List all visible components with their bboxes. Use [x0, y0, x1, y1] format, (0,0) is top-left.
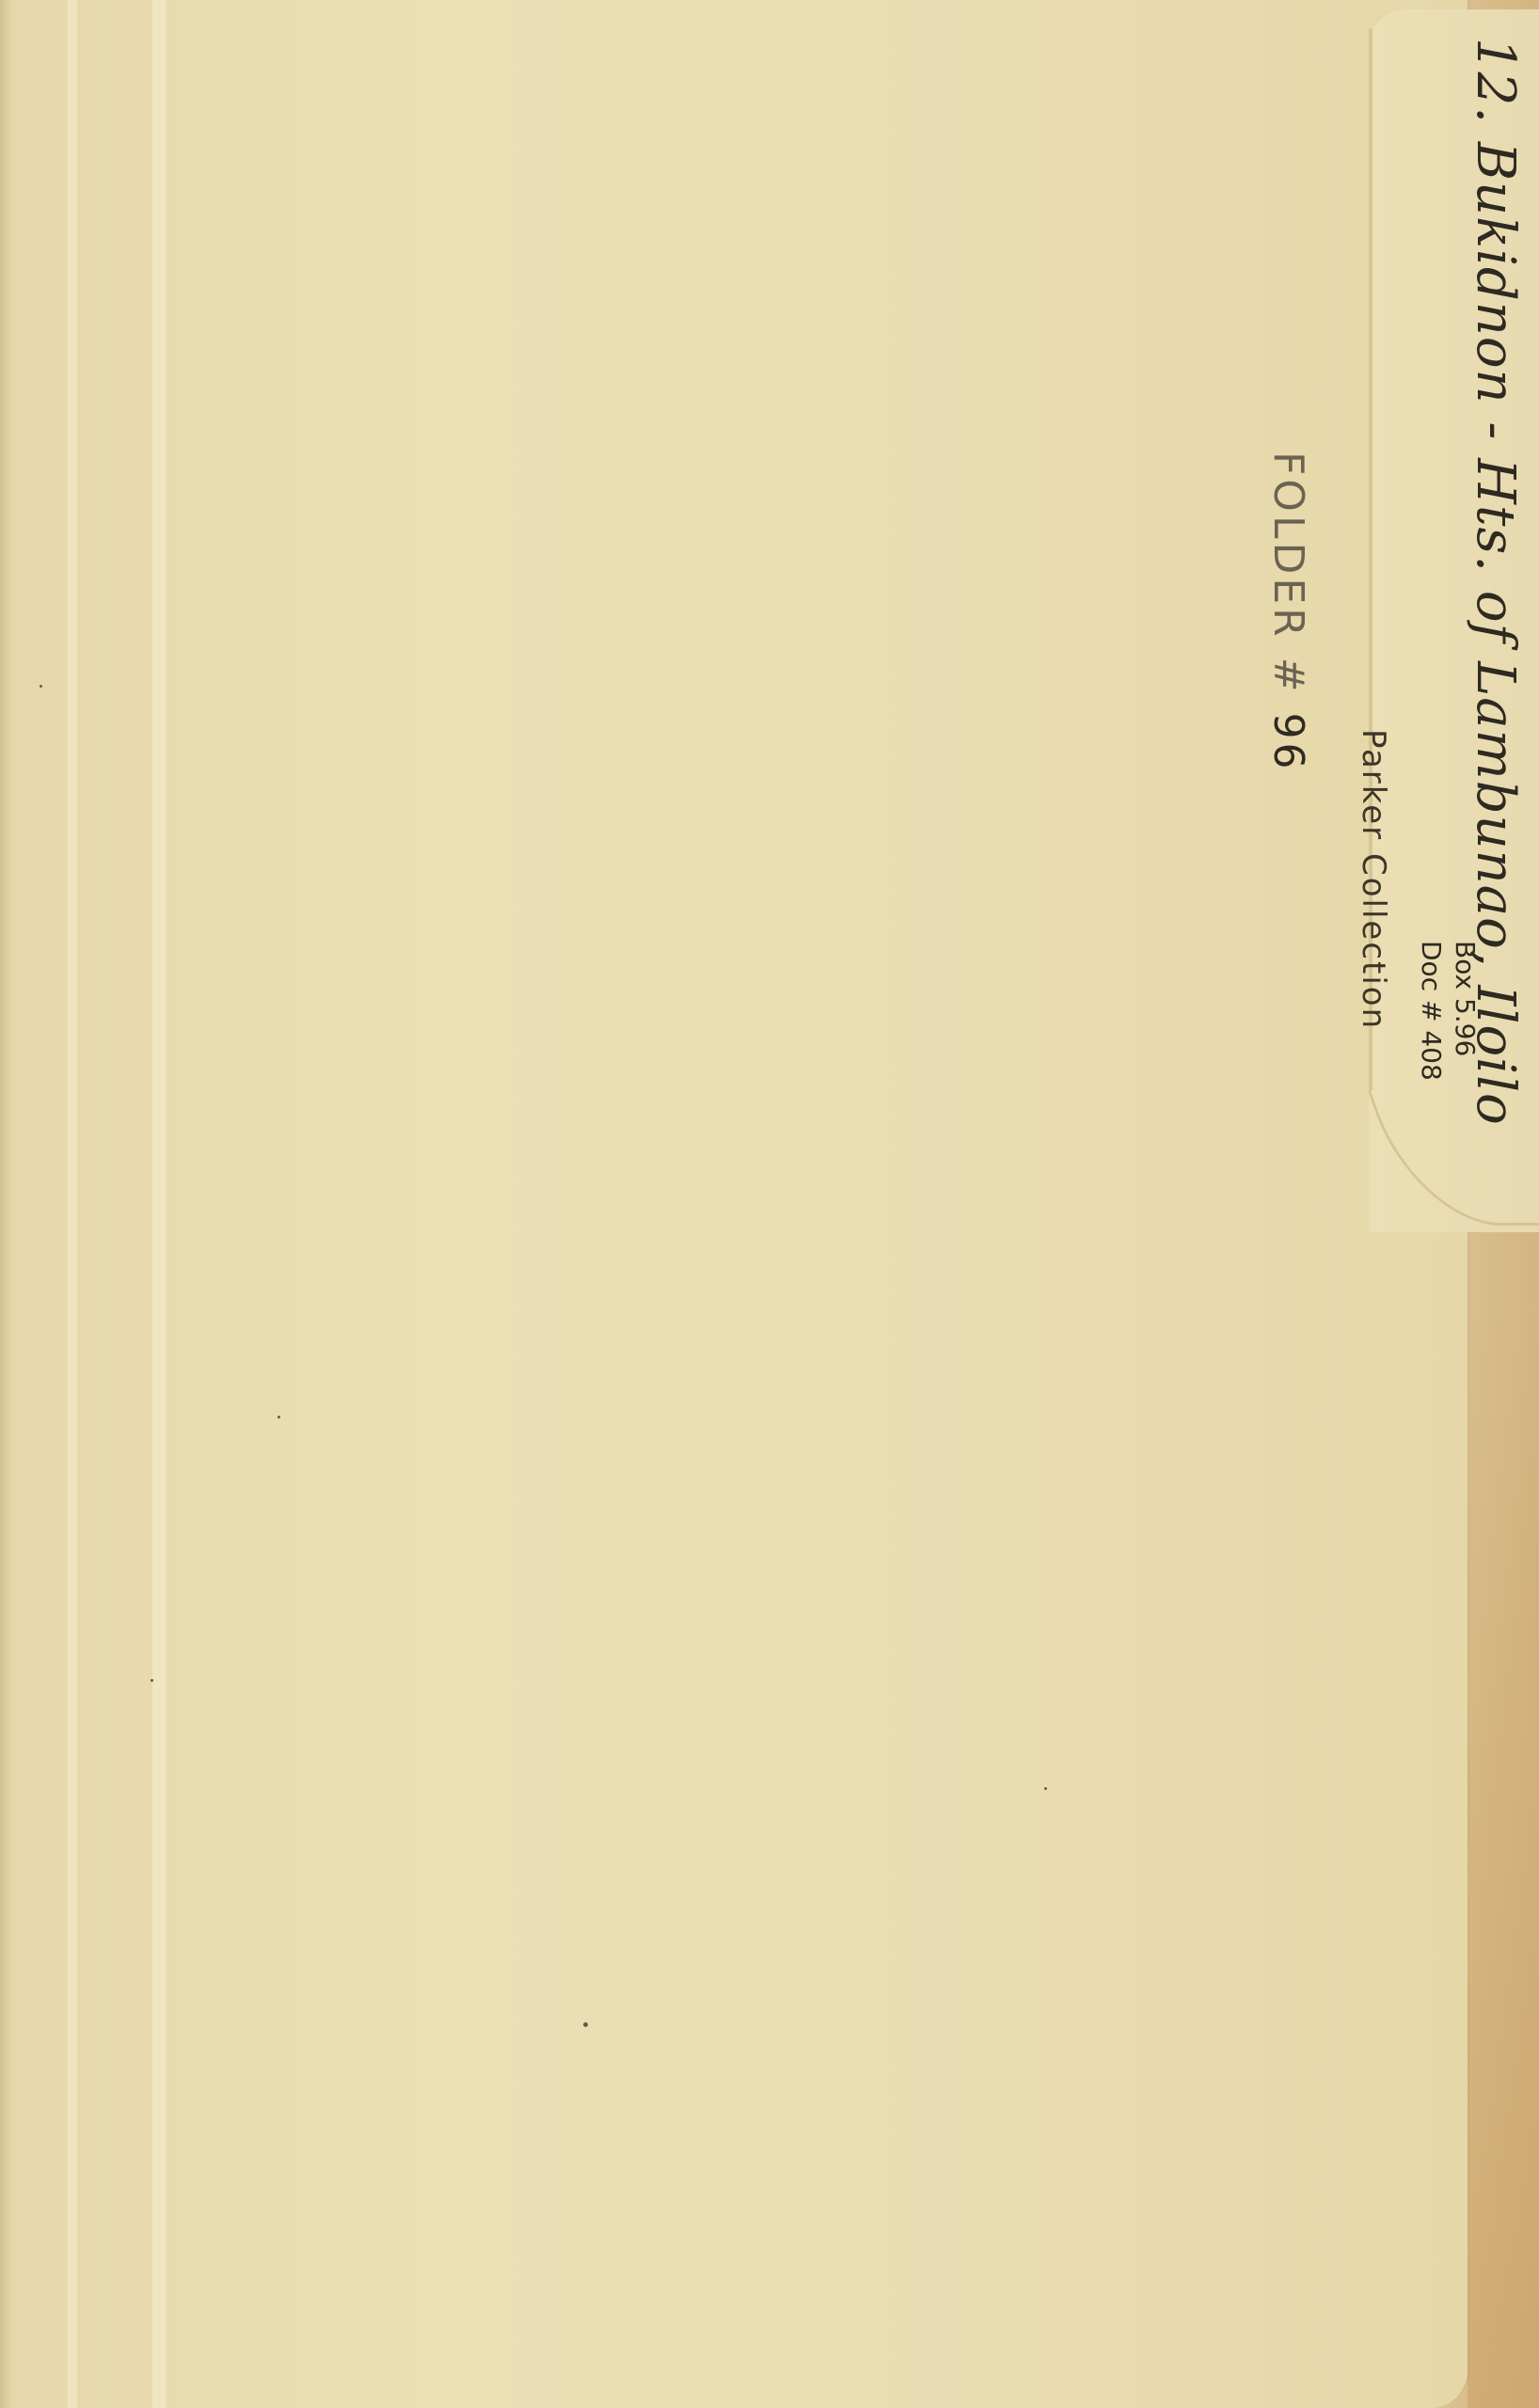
right-edge-stain — [1468, 1317, 1539, 2408]
doc-number: Doc # 408 — [1414, 941, 1448, 1081]
doc-reference: Box 5.96 Doc # 408 — [1414, 941, 1482, 1081]
left-edge-shadow — [0, 0, 13, 2408]
fold-crease-1 — [68, 0, 77, 2408]
paper-speck — [40, 685, 42, 688]
paper-speck — [583, 2022, 588, 2027]
folder-number-label: FOLDER # 96 — [1264, 451, 1312, 773]
collection-label: Parker Collection — [1355, 729, 1392, 1030]
folder-front-panel — [0, 0, 1469, 2408]
paper-speck — [278, 1416, 280, 1418]
paper-speck — [151, 1679, 153, 1682]
box-number: Box 5.96 — [1448, 941, 1482, 1081]
fold-crease-2 — [152, 0, 166, 2408]
folder-number: 96 — [1264, 713, 1312, 773]
folder-label-text: FOLDER # — [1264, 451, 1312, 696]
paper-speck — [1044, 1787, 1047, 1790]
